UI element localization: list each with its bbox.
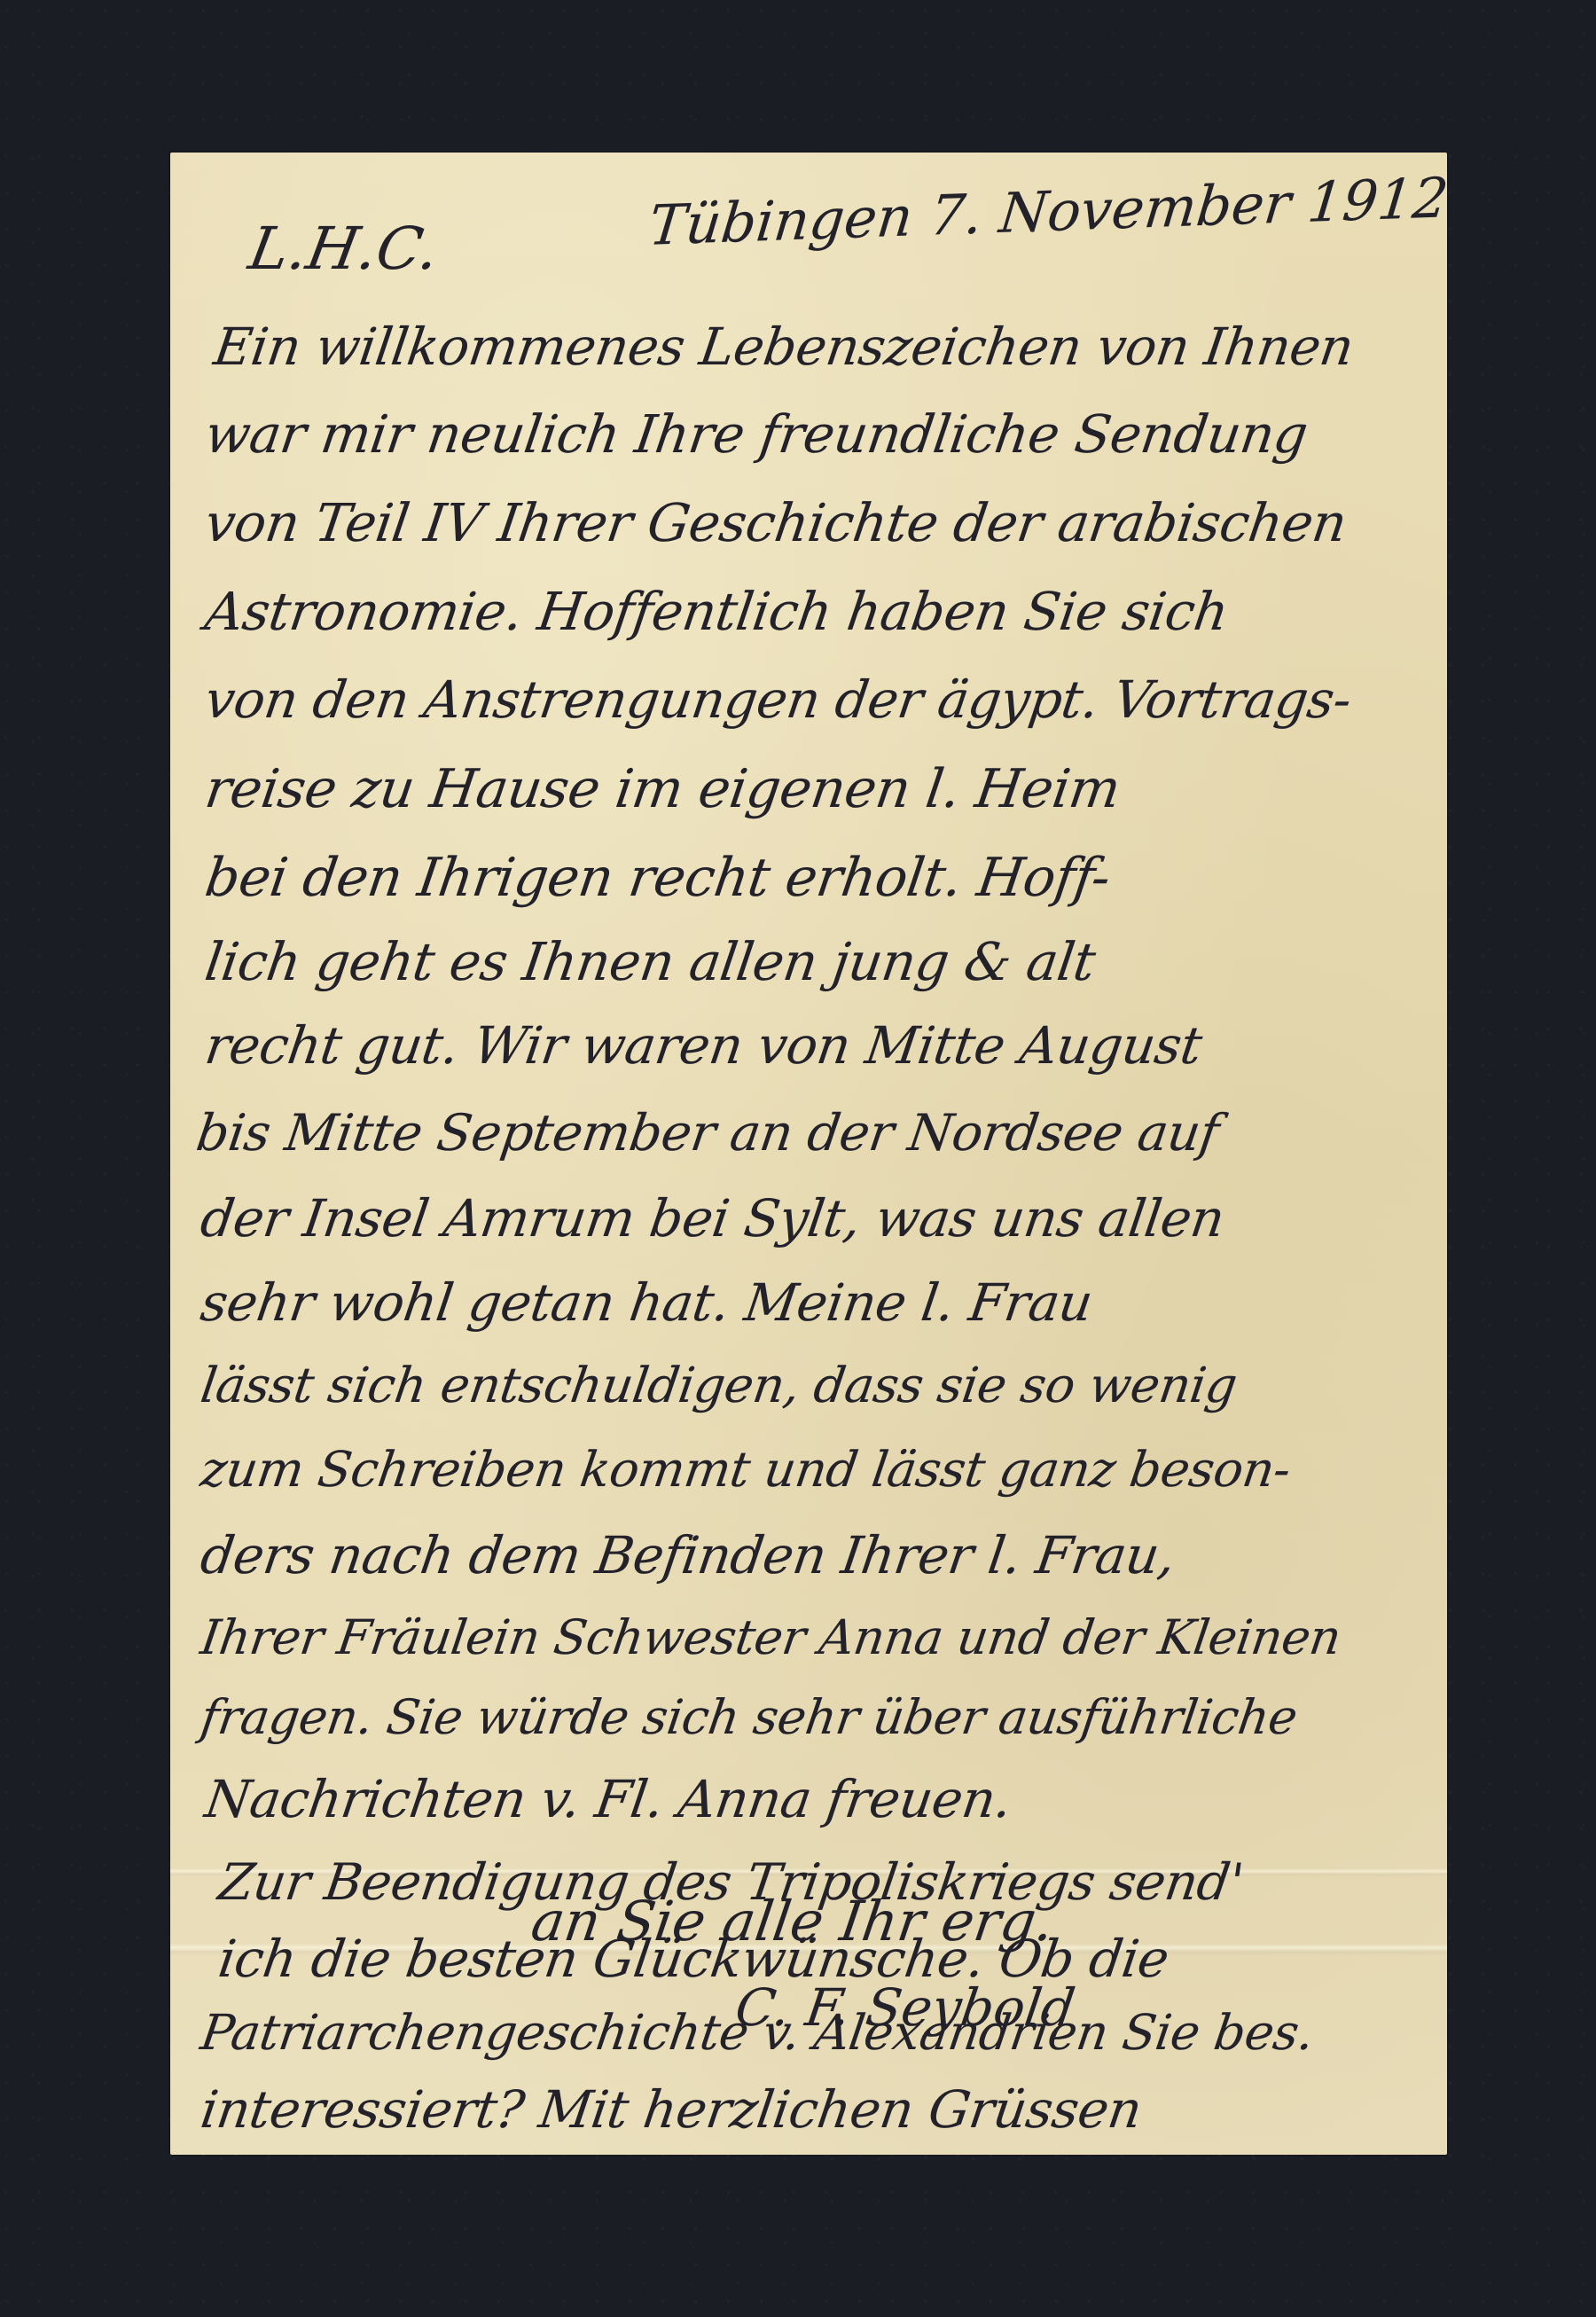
body-line: lich geht es Ihnen allen jung & alt	[201, 931, 1099, 992]
body-line: lässt sich entschuldigen, dass sie so we…	[198, 1357, 1240, 1413]
place-date: Tübingen 7. November 1912	[645, 165, 1451, 258]
body-line: zum Schreiben kommt und lässt ganz beson…	[198, 1441, 1295, 1498]
body-line: Ein willkommenes Lebenszeichen von Ihnen	[210, 317, 1357, 377]
body-line: bei den Ihrigen recht erholt. Hoff-	[201, 847, 1114, 909]
closing-line: an Sie alle Ihr erg.	[528, 1889, 1058, 1953]
body-line: reise zu Hause im eigenen l. Heim	[201, 758, 1123, 820]
signature: C. F. Seybold	[731, 1977, 1078, 2038]
body-line: bis Mitte September an der Nordsee auf	[192, 1104, 1222, 1162]
body-line: Astronomie. Hoffentlich haben Sie sich	[201, 581, 1232, 642]
body-line: von Teil IV Ihrer Geschichte der arabisc…	[201, 492, 1350, 553]
body-line: fragen. Sie würde sich sehr über ausführ…	[198, 1689, 1301, 1745]
body-line: Ihrer Fräulein Schwester Anna und der Kl…	[198, 1609, 1345, 1665]
body-line: Nachrichten v. Fl. Anna freuen.	[201, 1769, 1015, 1829]
body-line: ders nach dem Befinden Ihrer l. Frau,	[197, 1525, 1178, 1585]
salutation: L.H.C.	[244, 215, 444, 283]
body-line: von den Anstrengungen der ägypt. Vortrag…	[201, 669, 1355, 730]
body-line: war mir neulich Ihre freundliche Sendung	[201, 403, 1311, 465]
body-line: recht gut. Wir waren von Mitte August	[201, 1015, 1205, 1076]
body-line: sehr wohl getan hat. Meine l. Frau	[197, 1272, 1096, 1333]
postcard: Tübingen 7. November 1912 L.H.C. Ein wil…	[170, 153, 1447, 2155]
body-line: der Insel Amrum bei Sylt, was uns allen	[197, 1188, 1228, 1249]
body-line: interessiert? Mit herzlichen Grüssen	[197, 2079, 1145, 2140]
